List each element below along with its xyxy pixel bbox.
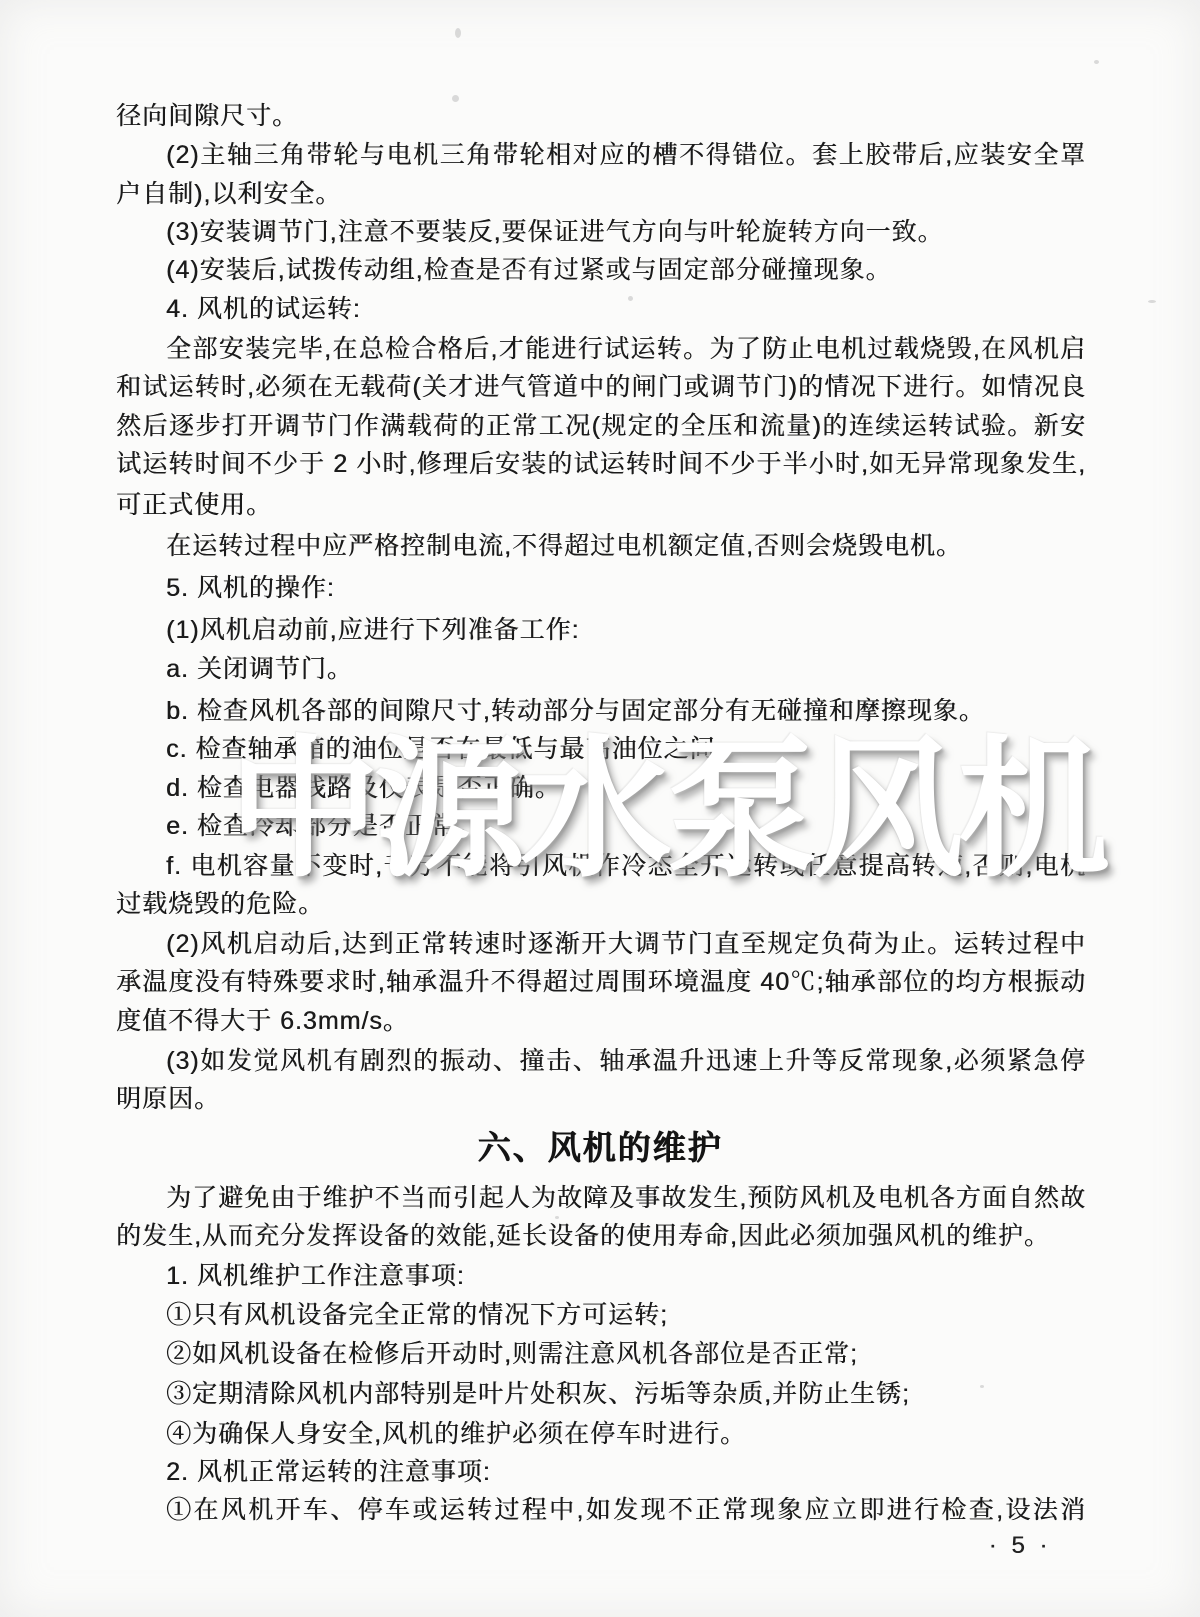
text-line: 可正式使用。 [116,487,272,523]
text-line: ②如风机设备在检修后开动时,则需注意风机各部位是否正常; [166,1336,858,1372]
text-line: 试运转时间不少于 2 小时,修理后安装的试运转时间不少于半小时,如无异常现象发生… [116,446,1086,482]
text-line: 1. 风机维护工作注意事项: [166,1258,465,1294]
scan-speck [980,1385,984,1388]
text-line: 明原因。 [116,1081,220,1117]
text-line: 然后逐步打开调节门作满载荷的正常工况(规定的全压和流量)的连续运转试验。新安装的 [116,408,1086,444]
text-line: (2)风机启动后,达到正常转速时逐渐开大调节门直至规定负荷为止。运转过程中当轴 [166,926,1086,962]
scan-speck [1094,60,1099,64]
text-line: 在运转过程中应严格控制电流,不得超过电机额定值,否则会烧毁电机。 [166,528,962,564]
scan-speck [1148,300,1156,303]
text-line: 5. 风机的操作: [166,570,335,606]
text-line: ④为确保人身安全,风机的维护必须在停车时进行。 [166,1416,746,1452]
text-line: (3)安装调节门,注意不要装反,要保证进气方向与叶轮旋转方向一致。 [166,214,943,250]
text-line: ①在风机开车、停车或运转过程中,如发现不正常现象应立即进行检查,设法消除。如 [166,1492,1086,1528]
text-line: 2. 风机正常运转的注意事项: [166,1454,491,1490]
text-line: 和试运转时,必须在无载荷(关才进气管道中的闸门或调节门)的情况下进行。如情况良好 [116,369,1086,405]
text-line: 4. 风机的试运转: [166,291,361,327]
scanned-manual-page: 径向间隙尺寸。 (2)主轴三角带轮与电机三角带轮相对应的槽不得错位。套上胶带后,… [0,0,1200,1617]
text-line: 度值不得大于 6.3mm/s。 [116,1003,409,1039]
text-line: (4)安装后,试拨传动组,检查是否有过紧或与固定部分碰撞现象。 [166,252,891,288]
watermark-text: 中源水泵风机 [228,688,1104,906]
text-line: 承温度没有特殊要求时,轴承温升不得超过周围环境温度 40℃;轴承部位的均方根振动… [116,964,1086,1000]
text-line: 为了避免由于维护不当而引起人为故障及事故发生,预防风机及电机各方面自然故障 [166,1180,1086,1216]
text-line: 的发生,从而充分发挥设备的效能,延长设备的使用寿命,因此必须加强风机的维护。 [116,1218,1050,1254]
text-line: 全部安装完毕,在总检合格后,才能进行试运转。为了防止电机过载烧毁,在风机启动 [166,331,1086,367]
scan-speck [455,28,461,38]
text-line: (2)主轴三角带轮与电机三角带轮相对应的槽不得错位。套上胶带后,应装安全罩(用 [166,137,1086,173]
page-number: · 5 · [975,1532,1065,1560]
section-heading: 六、风机的维护 [0,1122,1200,1169]
scan-speck [452,95,459,102]
text-line: (1)风机启动前,应进行下列准备工作: [166,612,579,648]
text-line: a. 关闭调节门。 [166,651,353,687]
scan-speck [555,1216,559,1219]
text-line: 径向间隙尺寸。 [116,98,298,134]
text-line: 户自制),以利安全。 [116,176,341,212]
text-line: (3)如发觉风机有剧烈的振动、撞击、轴承温升迅速上升等反常现象,必须紧急停车,查 [166,1043,1086,1079]
text-line: ③定期清除风机内部特别是叶片处积灰、污垢等杂质,并防止生锈; [166,1376,910,1412]
text-line: ①只有风机设备完全正常的情况下方可运转; [166,1297,668,1333]
scan-speck [688,536,692,540]
scan-speck [628,296,633,301]
